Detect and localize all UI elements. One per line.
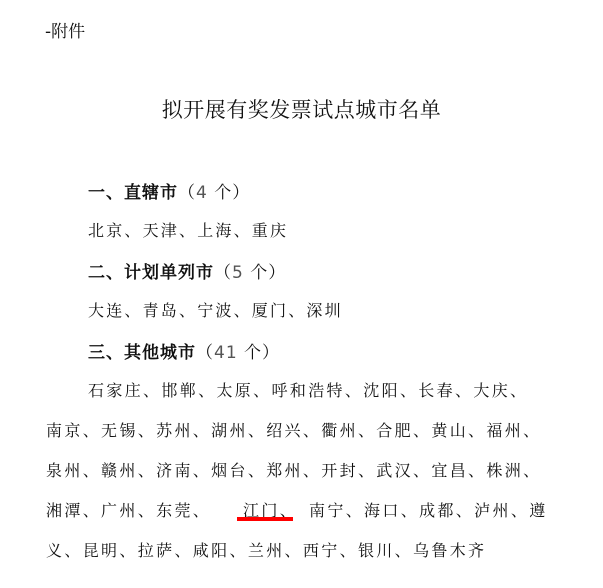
- city-list-line-1: 石家庄、邯郸、太原、呼和浩特、沈阳、长春、大庆、: [88, 378, 528, 401]
- city-list-line-5: 义、昆明、拉萨、咸阳、兰州、西宁、银川、乌鲁木齐: [46, 538, 486, 561]
- section-heading-planned-cities: 二、计划单列市（5 个）: [88, 258, 286, 283]
- city-list-municipalities: 北京、天津、上海、重庆: [88, 218, 288, 241]
- section-count: 41: [214, 343, 238, 363]
- attachment-label: -附件: [45, 17, 85, 42]
- document-title: 拟开展有奖发票试点城市名单: [0, 94, 603, 124]
- city-list-planned-cities: 大连、青岛、宁波、厦门、深圳: [88, 298, 343, 321]
- section-heading-other-cities: 三、其他城市（41 个）: [88, 338, 280, 363]
- city-list-line-4b: 南宁、海口、成都、泸州、遵: [309, 498, 548, 521]
- city-list-line-3: 泉州、赣州、济南、烟台、郑州、开封、武汉、宜昌、株洲、: [46, 458, 541, 481]
- section-count: 4: [196, 183, 208, 203]
- city-list-line-2: 南京、无锡、苏州、湖州、绍兴、衢州、合肥、黄山、福州、: [46, 418, 541, 441]
- section-count: 5: [232, 263, 244, 283]
- city-list-line-4a: 湘潭、广州、东莞、: [46, 498, 211, 521]
- section-heading-municipalities: 一、直辖市（4 个）: [88, 178, 250, 203]
- red-underline-highlight: [237, 517, 293, 521]
